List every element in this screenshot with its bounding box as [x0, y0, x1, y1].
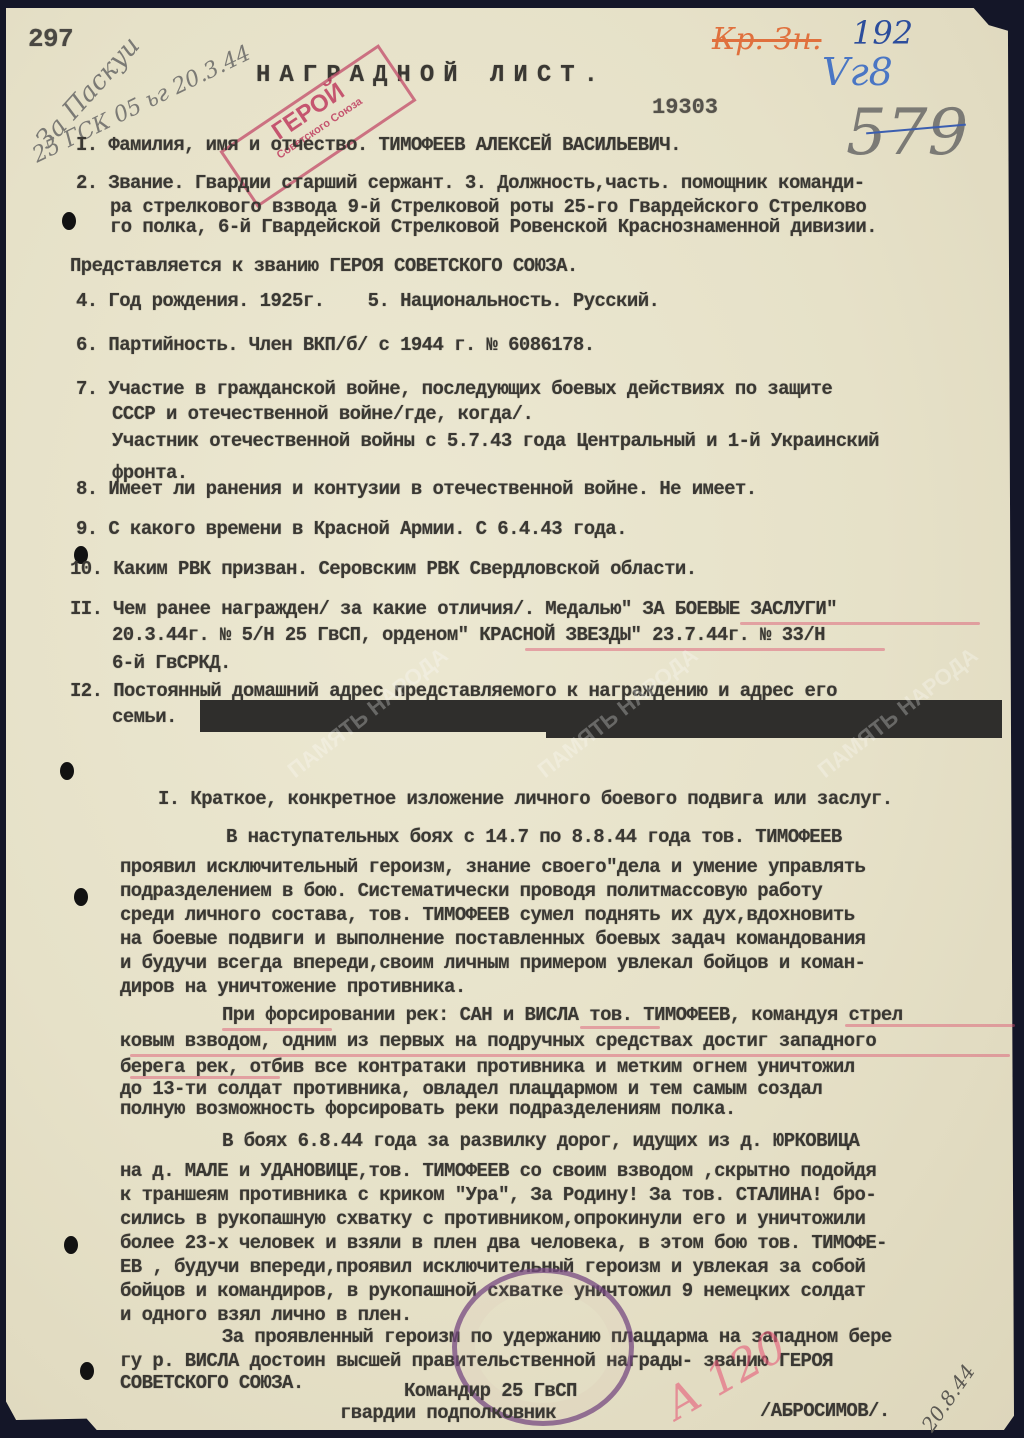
narrative-line: В боях 6.8.44 года за развилку дорог, ид…: [222, 1130, 859, 1152]
field-2-continued: го полка, 6-й Гвардейской Стрелковой Ров…: [110, 216, 877, 238]
field-1-full-name: I. Фамилия, имя и отчество. ТИМОФЕЕВ АЛЕ…: [76, 134, 681, 156]
field-4-5-birth-nationality: 4. Год рождения. 1925г. 5. Национальност…: [76, 290, 659, 312]
field-12-address: I2. Постоянный домашний адрес представля…: [70, 680, 837, 702]
field-7-answer: Участник отечественной войны с 5.7.43 го…: [112, 430, 879, 452]
narrative-line: ковым взводом, одним из первых на подруч…: [120, 1030, 876, 1052]
narrative-line: до 13-ти солдат противника, овладел плац…: [120, 1078, 822, 1100]
field-2-rank-position: 2. Звание. Гвардии старший сержант. 3. Д…: [76, 172, 865, 194]
red-underline: [845, 1024, 1015, 1027]
red-underline: [580, 1026, 660, 1029]
narrative-line: на боевые подвиги и выполнение поставлен…: [120, 928, 865, 950]
document-title: НАГРАДНОЙ ЛИСТ.: [256, 62, 607, 89]
signatory-name: /АБРОСИМОВ/.: [760, 1400, 890, 1422]
handwritten-blue-mark: Vг8: [822, 50, 893, 94]
handwritten-red-crossed-note: Кр. Зн.: [712, 22, 821, 57]
narrative-line: более 23-х человек и взяли в плен два че…: [120, 1232, 887, 1254]
narrative-line: сились в рукопашную схватку с противнико…: [120, 1208, 865, 1230]
binder-hole: [80, 1362, 94, 1380]
field-11-prior-awards: II. Чем ранее награжден/ за какие отличи…: [70, 598, 837, 620]
archive-number: 297: [28, 24, 73, 54]
binder-hole: [60, 762, 74, 780]
narrative-line: среди личного состава, тов. ТИМОФЕЕВ сум…: [120, 904, 855, 926]
field-6-party: 6. Партийность. Член ВКП/б/ с 1944 г. № …: [76, 334, 595, 356]
narrative-line: и одного взял лично в плен.: [120, 1304, 412, 1326]
handwritten-blue-number: 192: [852, 14, 913, 52]
field-9-army-since: 9. С какого времени в Красной Армии. С 6…: [76, 518, 627, 540]
narrative-line: СОВЕТСКОГО СОЮЗА.: [120, 1372, 304, 1394]
narrative-line: полную возможность форсировать реки подр…: [120, 1098, 736, 1120]
narrative-line: проявил исключительный героизм, знание с…: [120, 856, 865, 878]
registration-number: 19303: [652, 95, 718, 120]
signatory-rank: гвардии подполковник: [340, 1402, 556, 1424]
red-underline: [525, 648, 885, 651]
nomination-line: Представляется к званию ГЕРОЯ СОВЕТСКОГО…: [70, 255, 578, 277]
field-10-draft-office: 10. Каким РВК призван. Серовским РВК Све…: [70, 558, 697, 580]
field-7-continued: СССР и отечественной войне/где, когда/.: [112, 403, 533, 425]
field-12-continued: семьи.: [112, 706, 177, 728]
narrative-line: к траншеям противника с криком "Ура", За…: [120, 1184, 876, 1206]
narrative-line: диров на уничтожение противника.: [120, 976, 466, 998]
narrative-line: берега рек, отбив все контратаки противн…: [120, 1056, 855, 1078]
field-11-continued: 6-й ГвСРКД.: [112, 652, 231, 674]
field-11-continued: 20.3.44г. № 5/Н 25 ГвСП, орденом" КРАСНО…: [112, 624, 825, 646]
field-8-wounds: 8. Имеет ли ранения и контузии в отечест…: [76, 478, 757, 500]
field-7-participation: 7. Участие в гражданской войне, последую…: [76, 378, 832, 400]
narrative-line: на д. МАЛЕ и УДАНОВИЦЕ,тов. ТИМОФЕЕВ со …: [120, 1160, 876, 1182]
narrative-line: При форсировании рек: САН и ВИСЛА тов. Т…: [222, 1004, 903, 1026]
narrative-line: ЕВ , будучи впереди,проявил исключительн…: [120, 1256, 865, 1278]
signatory-position: Командир 25 ГвСП: [404, 1380, 577, 1402]
binder-hole: [64, 1236, 78, 1254]
binder-hole: [74, 888, 88, 906]
binder-hole: [62, 212, 76, 230]
section-heading: I. Краткое, конкретное изложение личного…: [158, 788, 893, 810]
handwritten-pencil-number: 579: [846, 96, 968, 170]
field-2-continued: ра стрелкового взвода 9-й Стрелковой рот…: [110, 196, 866, 218]
narrative-line: В наступательных боях с 14.7 по 8.8.44 г…: [226, 826, 842, 848]
narrative-line: и будучи всегда впереди,своим личным при…: [120, 952, 865, 974]
narrative-line: подразделением в бою. Систематически про…: [120, 880, 822, 902]
